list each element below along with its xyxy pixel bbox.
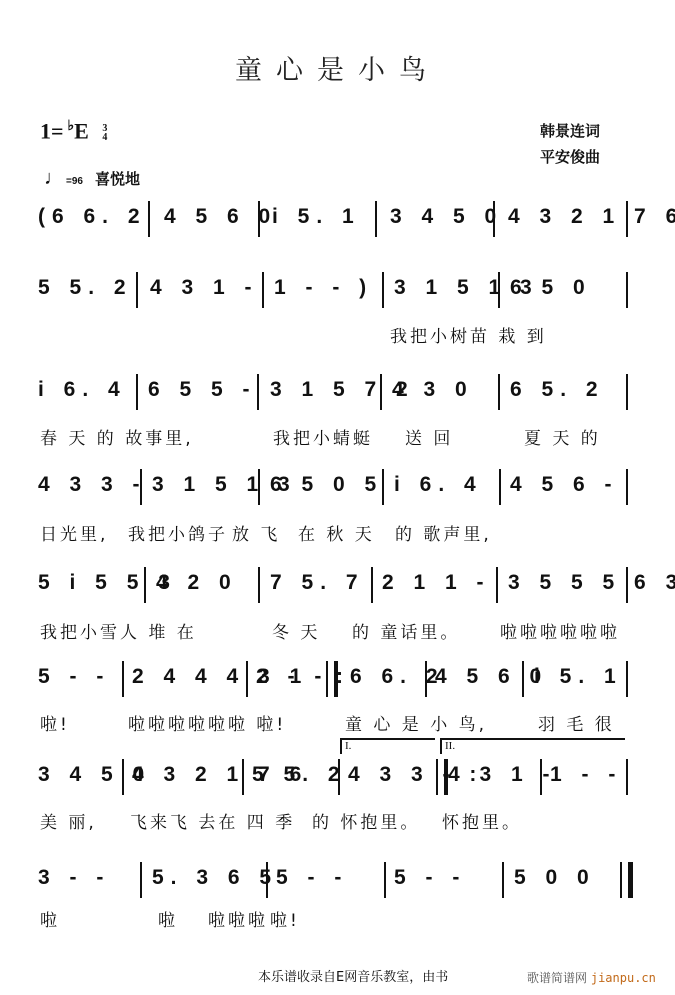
measure: 6 5. 2 (510, 370, 605, 410)
quarter-note-icon: ♩ (44, 167, 64, 190)
credits: 韩景连词 平安俊曲 (540, 118, 600, 170)
measure: 3 5 5 5 6 3 (508, 563, 675, 603)
measure: 1 - - (550, 755, 622, 795)
measure: :6 6. 2 (336, 657, 445, 697)
barline (122, 661, 124, 697)
barline (262, 272, 264, 308)
time-sig-bottom: 4 (102, 132, 107, 143)
measure: 4 3 1 - (150, 268, 259, 308)
measure: 6 5 0 (510, 268, 592, 308)
measure: (6 6. 2 (38, 197, 147, 237)
barline (540, 759, 542, 795)
staff-system-7: 3 4 5 0 4 3 2 1 7 6 5 5. 2 4 3 3 - : 4 3… (30, 755, 640, 795)
measure: 4 5 6 - (510, 465, 619, 505)
lyrics: 美 丽, (40, 808, 97, 833)
barline (140, 862, 142, 898)
barline (626, 374, 628, 410)
tempo-marking: ♩=96喜悦地 (44, 167, 140, 190)
barline (258, 469, 260, 505)
barline (626, 469, 628, 505)
barline (144, 567, 146, 603)
staff-system-6: 5 - - 2 4 4 4 3 1 2 - - :6 6. 2 4 5 6 0 … (30, 657, 640, 697)
lyrics: 童 心 是 小 鸟, (345, 710, 487, 735)
tempo-bpm: =96 (66, 176, 83, 187)
lyrics: 啦啦啦 (208, 906, 268, 931)
barline (258, 201, 260, 237)
barline (122, 759, 124, 795)
measure: 2 - - (256, 657, 328, 697)
barline (375, 201, 377, 237)
volta-1: I. (340, 738, 435, 754)
key-signature: 1=♭E 34 (40, 118, 107, 144)
barline (499, 469, 501, 505)
measure: 4 3 2 1 7 6 (508, 197, 675, 237)
measure: 5 5. 2 (38, 268, 133, 308)
barline (148, 201, 150, 237)
barline (626, 272, 628, 308)
barline (338, 759, 340, 795)
barline (371, 567, 373, 603)
lyrics: 夏 天 的 (524, 424, 601, 449)
barline (496, 567, 498, 603)
final-barline (620, 862, 633, 898)
lyrics: 啦啦啦啦啦啦 啦! (128, 710, 286, 735)
measure: 4 3 0 (392, 370, 474, 410)
barline (382, 469, 384, 505)
lyrics: 的 歌声里, (395, 520, 492, 545)
barline (493, 201, 495, 237)
barline (246, 661, 248, 697)
measure: 5 5. 2 (252, 755, 347, 795)
barline (498, 272, 500, 308)
lyrics: 啦! (270, 906, 300, 931)
measure: 6 5 5 - (148, 370, 257, 410)
measure: 5 - - (276, 858, 348, 898)
staff-system-2: 5 5. 2 4 3 1 - 1 - - ) 3 1 5 1 3 6 5 0 (30, 268, 640, 308)
barline (498, 374, 500, 410)
measure: 4 2 0 (156, 563, 238, 603)
lyrics: 我把小雪人 堆 在 (40, 618, 197, 643)
lyrics: 日光里, (40, 520, 108, 545)
repeat-end-barline (436, 759, 448, 795)
measure: 5 0 0 (514, 858, 596, 898)
measure: 6 5 0 5 (270, 465, 383, 505)
barline (626, 567, 628, 603)
barline (266, 862, 268, 898)
tempo-expression: 喜悦地 (95, 171, 140, 188)
measure: i 6. 4 (38, 370, 127, 410)
measure: 3 - - (38, 858, 110, 898)
volta-2: II. (440, 738, 625, 754)
lyricist: 韩景连词 (540, 118, 600, 144)
barline (626, 759, 628, 795)
staff-system-4: 4 3 3 - 3 1 5 1 3 6 5 0 5 i 6. 4 4 5 6 - (30, 465, 640, 505)
measure: 1 - - ) (274, 268, 373, 308)
staff-system-1: (6 6. 2 4 5 6 0 i 5. 1 3 4 5 0 4 3 2 1 7… (30, 197, 640, 237)
lyrics: 啦啦啦啦啦啦 (500, 618, 620, 643)
key-label: 1= (40, 118, 64, 143)
barline (140, 469, 142, 505)
measure: i 5. 1 (534, 657, 623, 697)
measure: 2 1 1 - (382, 563, 491, 603)
lyrics: 送 回 (405, 424, 453, 449)
composer: 平安俊曲 (540, 144, 600, 170)
barline (502, 862, 504, 898)
barline (257, 374, 259, 410)
watermark-site: jianpu.cn (591, 971, 656, 985)
measure: 4 5 6 0 (164, 197, 277, 237)
staff-system-3: i 6. 4 6 5 5 - 3 1 5 7 2 4 3 0 6 5. 2 (30, 370, 640, 410)
measure: 4 5 6 0 (435, 657, 548, 697)
measure: 7 5. 7 (270, 563, 365, 603)
lyrics: 啦! (40, 710, 70, 735)
lyrics: 的 怀抱里。 (312, 808, 420, 833)
lyrics: 我把小蜻蜓 (273, 424, 373, 449)
lyrics: 羽 毛 很 (538, 710, 615, 735)
measure: i 6. 4 (394, 465, 483, 505)
lyrics: 春 天 的 故事里, (40, 424, 194, 449)
barline (384, 862, 386, 898)
barline (136, 374, 138, 410)
lyrics: 冬 天 (272, 618, 320, 643)
measure: 5 - - (38, 657, 110, 697)
time-signature: 34 (102, 124, 107, 142)
lyrics: 在 秋 天 (298, 520, 375, 545)
barline (136, 272, 138, 308)
barline (626, 661, 628, 697)
measure: 5. 3 6 5 (152, 858, 278, 898)
staff-system-8: 3 - - 5. 3 6 5 5 - - 5 - - 5 0 0 (30, 858, 640, 898)
lyrics: 啦 (40, 906, 60, 931)
source-note: 本乐谱收录自E网音乐教室，由书 (258, 966, 448, 985)
barline (626, 201, 628, 237)
measure: 4 3 3 - (38, 465, 147, 505)
barline (382, 272, 384, 308)
barline (242, 759, 244, 795)
key-note: E (74, 118, 89, 143)
song-title: 童心是小鸟 (0, 48, 675, 87)
barline (380, 374, 382, 410)
measure: i 5. 1 (272, 197, 361, 237)
staff-system-5: 5 i 5 5 3 4 2 0 7 5. 7 2 1 1 - 3 5 5 5 6… (30, 563, 640, 603)
barline (522, 661, 524, 697)
lyrics: 我把小树苗 栽 到 (390, 322, 547, 347)
barline (258, 567, 260, 603)
measure: 3 4 5 0 (390, 197, 503, 237)
watermark: 歌谱简谱网 jianpu.cn (527, 969, 656, 986)
barline (425, 661, 427, 697)
lyrics: 怀抱里。 (442, 808, 522, 833)
watermark-text: 歌谱简谱网 (527, 971, 587, 985)
lyrics: 我把小鸽子 (128, 520, 228, 545)
lyrics: 的 童话里。 (352, 618, 460, 643)
lyrics: 飞来飞 去在 四 季 (130, 808, 295, 833)
lyrics: 放 飞 (232, 520, 280, 545)
measure: 5 - - (394, 858, 466, 898)
lyrics: 啦 (158, 906, 178, 931)
